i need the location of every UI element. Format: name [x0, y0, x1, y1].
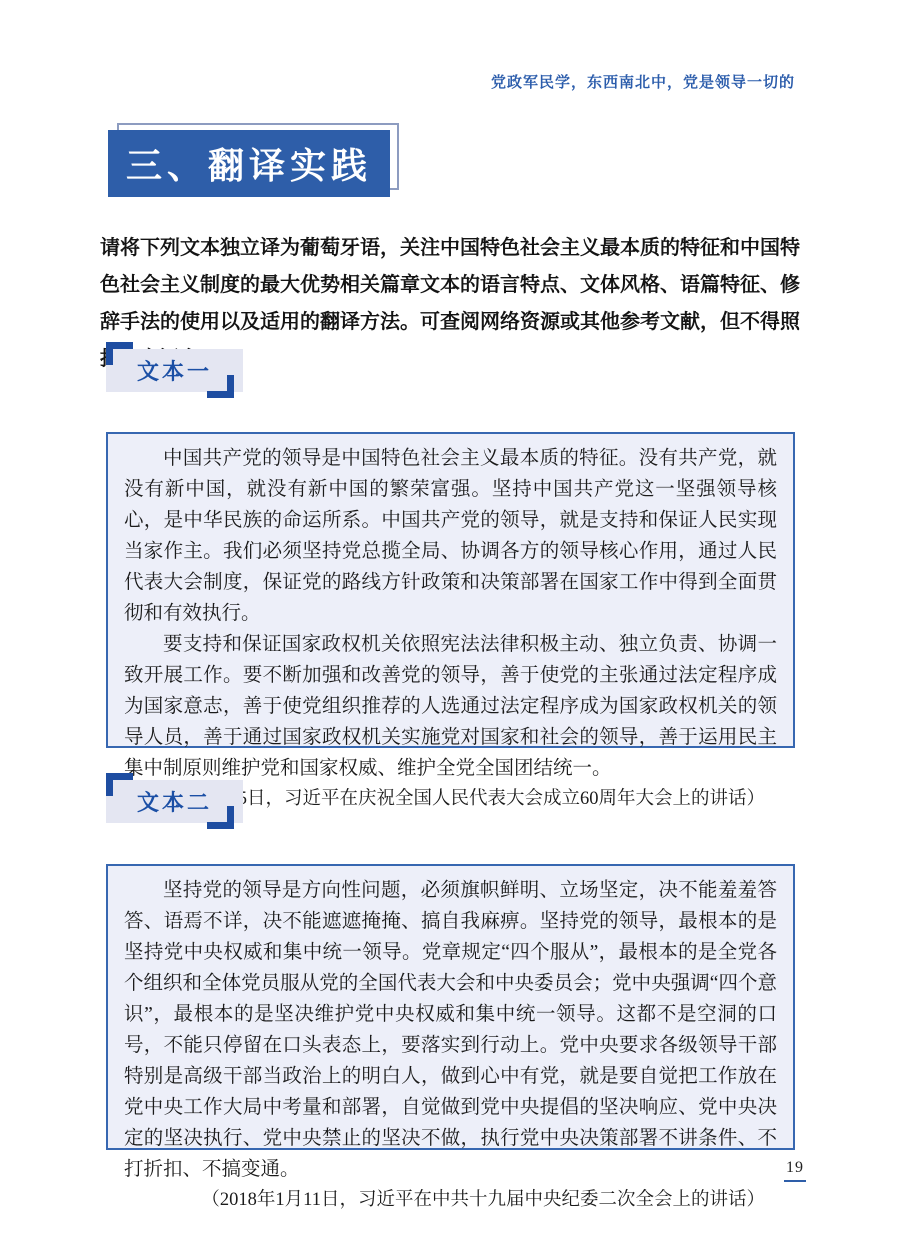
section-title: 三、翻译实践 [108, 130, 390, 197]
section-label-text1: 文本一 [106, 349, 243, 392]
page-number: 19 [784, 1159, 806, 1177]
text-box-2: 坚持党的领导是方向性问题，必须旗帜鲜明、立场坚定，决不能羞羞答答、语焉不详，决不… [106, 864, 795, 1150]
text1-paragraph-1: 中国共产党的领导是中国特色社会主义最本质的特征。没有共产党，就没有新中国，就没有… [124, 443, 777, 629]
document-page: 党政军民学，东西南北中，党是领导一切的 三、翻译实践 请将下列文本独立译为葡萄牙… [0, 0, 900, 1254]
corner-bracket-bottom-right-icon [207, 375, 234, 398]
running-head-slogan: 党政军民学，东西南北中，党是领导一切的 [491, 71, 795, 92]
section-title-banner: 三、翻译实践 [108, 123, 390, 197]
text2-paragraph-1: 坚持党的领导是方向性问题，必须旗帜鲜明、立场坚定，决不能羞羞答答、语焉不详，决不… [124, 875, 777, 1185]
section-label-text2: 文本二 [106, 780, 243, 823]
text-box-1: 中国共产党的领导是中国特色社会主义最本质的特征。没有共产党，就没有新中国，就没有… [106, 432, 795, 748]
page-number-block: 19 [784, 1159, 806, 1182]
text1-paragraph-2: 要支持和保证国家政权机关依照宪法法律积极主动、独立负责、协调一致开展工作。要不断… [124, 629, 777, 784]
text2-citation: （2018年1月11日，习近平在中共十九届中央纪委二次全会上的讲话） [124, 1185, 777, 1216]
page-number-underline [784, 1180, 806, 1182]
corner-bracket-bottom-right-icon [207, 806, 234, 829]
